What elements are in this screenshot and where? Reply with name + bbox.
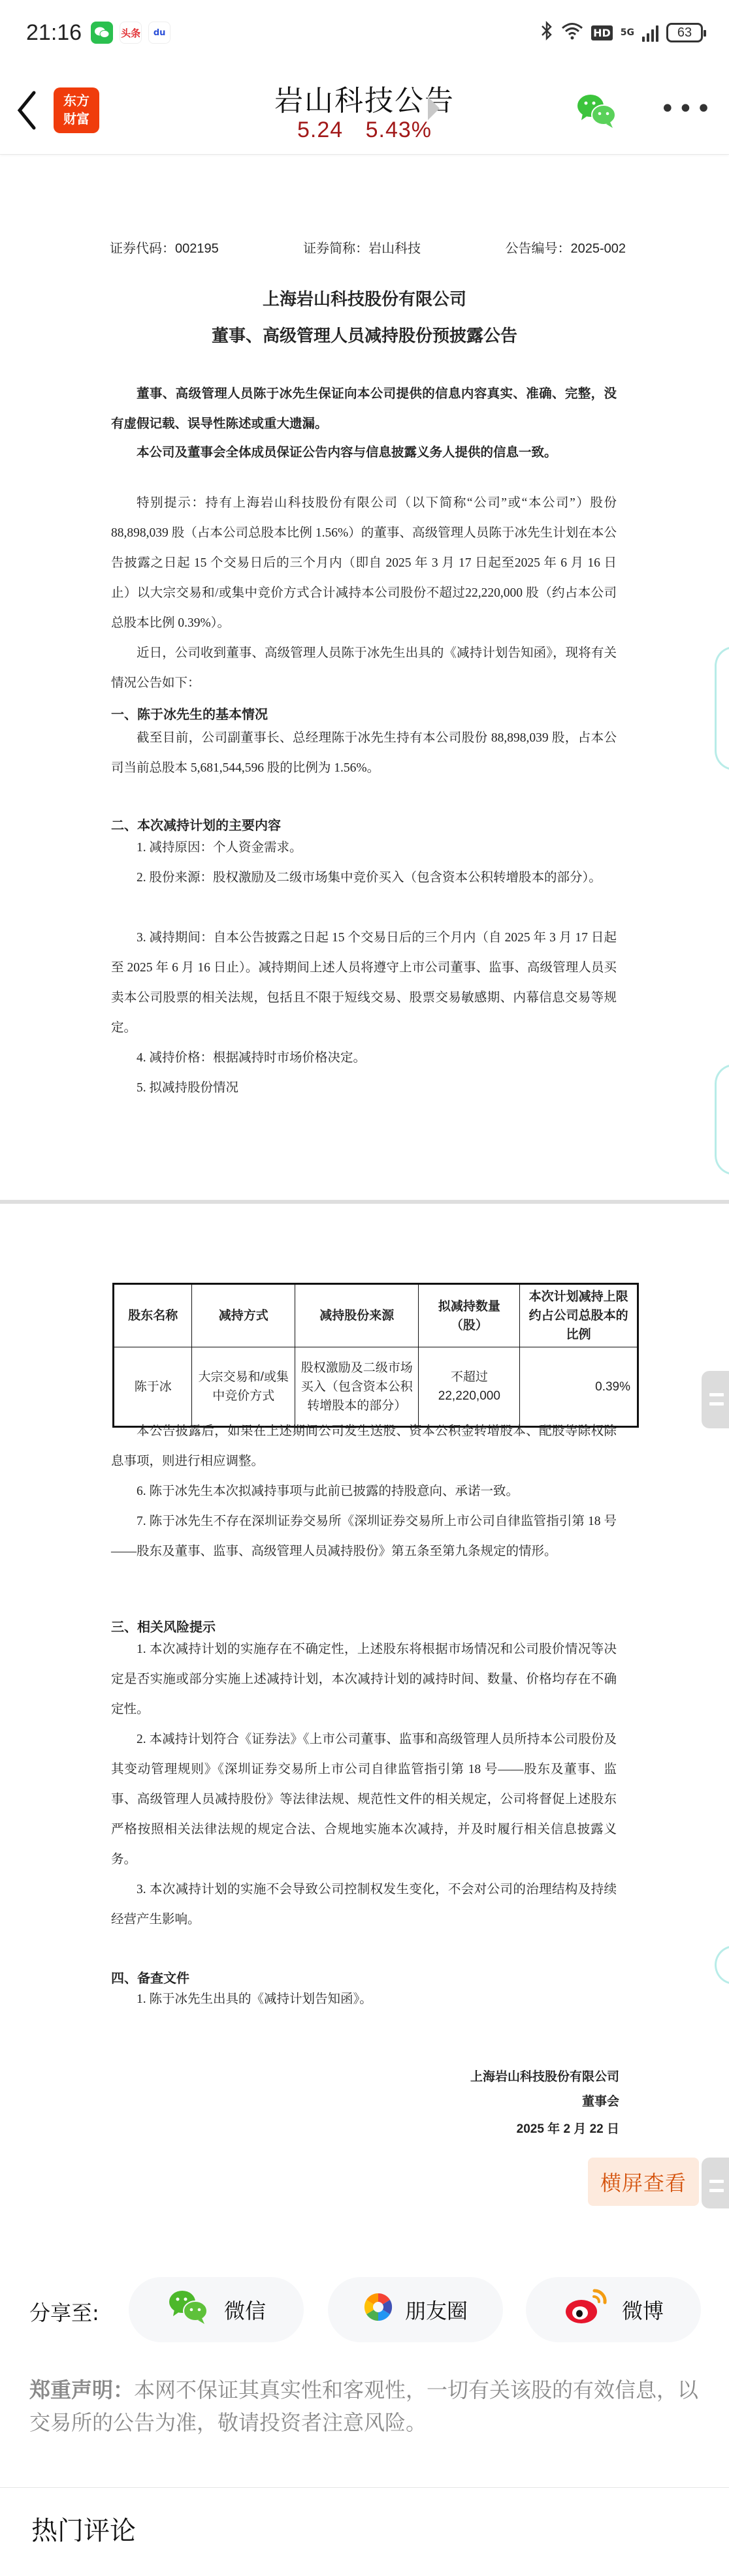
section-4-item-1: 1. 陈于冰先生出具的《减持计划告知函》。 bbox=[111, 1985, 617, 2015]
floating-side-handle[interactable] bbox=[715, 646, 729, 770]
col-ratio: 本次计划减持上限约占公司总股本的比例 bbox=[520, 1284, 638, 1347]
signature-company: 上海岩山科技股份有限公司 bbox=[470, 2067, 619, 2084]
hot-comments-heading: 热门评论 bbox=[31, 2510, 136, 2547]
network-type: 5G bbox=[621, 28, 634, 37]
nav-bar: 东方 财富 岩山科技公告 5.24 5.43% ••• bbox=[0, 65, 729, 155]
section-2-item-5: 5. 拟减持股份情况 bbox=[111, 1073, 617, 1103]
status-bar: 21:16 头条 du HD 5G 63 bbox=[0, 0, 729, 65]
divider bbox=[0, 2487, 729, 2488]
section-3-item-2: 2. 本减持计划符合《证券法》《上市公司董事、监事和高级管理人员所持本公司股份及… bbox=[111, 1725, 617, 1875]
company-name: 上海岩山科技股份有限公司 bbox=[0, 286, 729, 310]
stock-price: 5.24 bbox=[297, 118, 343, 142]
weibo-icon bbox=[563, 2287, 610, 2333]
section-2-item-6: 6. 陈于冰先生本次拟减持事项与此前已披露的持股意向、承诺一致。 bbox=[111, 1477, 617, 1507]
signature-board: 董事会 bbox=[582, 2092, 619, 2109]
share-wechat-label: 微信 bbox=[224, 2295, 266, 2325]
special-notice: 特别提示：持有上海岩山科技股份有限公司（以下简称“公司”或“本公司”）股份88,… bbox=[111, 488, 617, 638]
reduction-plan-table: 股东名称 减持方式 减持股份来源 拟减持数量（股） 本次计划减持上限约占公司总股… bbox=[112, 1283, 639, 1428]
bluetooth-icon bbox=[540, 20, 553, 46]
share-weibo-label: 微博 bbox=[622, 2295, 664, 2325]
col-source: 减持股份来源 bbox=[295, 1284, 419, 1347]
section-2-item-1: 1. 减持原因：个人资金需求。 bbox=[111, 833, 617, 863]
signature-date: 2025 年 2 月 22 日 bbox=[517, 2119, 619, 2137]
section-3-heading: 三、相关风险提示 bbox=[111, 1616, 216, 1635]
section-2-item-3: 3. 减持期间：自本公告披露之日起 15 个交易日后的三个月内（自 2025 年… bbox=[111, 923, 617, 1043]
floating-side-handle[interactable] bbox=[715, 1064, 729, 1175]
guarantee-statement-1: 董事、高级管理人员陈于冰先生保证向本公司提供的信息内容真实、准确、完整，没有虚假… bbox=[111, 379, 617, 439]
baidu-notification-icon: du bbox=[148, 22, 170, 44]
side-drawer-tab[interactable] bbox=[702, 2158, 729, 2208]
share-wechat-button[interactable]: 微信 bbox=[129, 2277, 304, 2342]
table-row: 陈于冰 大宗交易和/或集中竞价方式 股权激励及二级市场买入（包含资本公积转增股本… bbox=[114, 1347, 638, 1427]
announcement-page-2: 股东名称 减持方式 减持股份来源 拟减持数量（股） 本次计划减持上限约占公司总股… bbox=[0, 1204, 729, 2092]
cell-method: 大宗交易和/或集中竞价方式 bbox=[192, 1347, 295, 1427]
stock-code: 证券代码：002195 bbox=[110, 238, 219, 257]
share-label: 分享至: bbox=[29, 2297, 99, 2327]
intro-paragraph: 近日，公司收到董事、高级管理人员陈于冰先生出具的《减持计划告知函》，现将有关情况… bbox=[111, 638, 617, 699]
cell-ratio: 0.39% bbox=[520, 1347, 638, 1427]
section-2-item-4: 4. 减持价格：根据减持时市场价格决定。 bbox=[111, 1043, 617, 1073]
wifi-icon bbox=[561, 22, 583, 44]
stock-short-name: 证券简称：岩山科技 bbox=[303, 238, 421, 257]
col-quantity: 拟减持数量（股） bbox=[419, 1284, 520, 1347]
side-drawer-tab[interactable] bbox=[702, 1371, 729, 1428]
col-shareholder: 股东名称 bbox=[114, 1284, 192, 1347]
title-arrow-icon[interactable] bbox=[428, 97, 440, 120]
table-header-row: 股东名称 减持方式 减持股份来源 拟减持数量（股） 本次计划减持上限约占公司总股… bbox=[114, 1284, 638, 1347]
section-2-item-2: 2. 股份来源：股权激励及二级市场集中竞价买入（包含资本公积转增股本的部分）。 bbox=[111, 863, 617, 893]
signal-icon bbox=[642, 24, 658, 42]
section-1-text: 截至目前，公司副董事长、总经理陈于冰先生持有本公司股份 88,898,039 股… bbox=[111, 723, 617, 783]
wechat-notification-icon bbox=[91, 22, 113, 44]
section-4-heading: 四、备查文件 bbox=[111, 1968, 189, 1987]
cell-source: 股权激励及二级市场买入（包含资本公积转增股本的部分） bbox=[295, 1347, 419, 1427]
wechat-share-icon[interactable] bbox=[575, 91, 621, 131]
toutiao-notification-icon: 头条 bbox=[120, 22, 142, 44]
section-3-item-1: 1. 本次减持计划的实施存在不确定性，上述股东将根据市场情况和公司股价情况等决定… bbox=[111, 1635, 617, 1725]
section-1-heading: 一、陈于冰先生的基本情况 bbox=[111, 704, 268, 723]
battery-icon: 63 bbox=[666, 23, 703, 42]
after-table-note: 本公告披露后，如果在上述期间公司发生送股、资本公积金转增股本、配股等除权除息事项… bbox=[111, 1417, 617, 1477]
wechat-icon bbox=[167, 2287, 212, 2332]
announcement-page-1: 证券代码：002195 证券简称：岩山科技 公告编号：2025-002 上海岩山… bbox=[0, 155, 729, 1296]
share-row: 分享至: 微信 朋友圈 bbox=[0, 2277, 729, 2342]
col-method: 减持方式 bbox=[192, 1284, 295, 1347]
clock: 21:16 bbox=[26, 20, 82, 46]
share-moments-button[interactable]: 朋友圈 bbox=[328, 2277, 503, 2342]
share-moments-label: 朋友圈 bbox=[405, 2295, 468, 2325]
more-menu-button[interactable]: ••• bbox=[660, 99, 714, 119]
disclaimer: 郑重声明：本网不保证其真实性和客观性，一切有关该股的有效信息，以交易所的公告为准… bbox=[29, 2374, 699, 2439]
cell-shareholder: 陈于冰 bbox=[114, 1347, 192, 1427]
notice-meta: 证券代码：002195 证券简称：岩山科技 公告编号：2025-002 bbox=[110, 238, 626, 257]
announcement-title: 董事、高级管理人员减持股份预披露公告 bbox=[0, 322, 729, 347]
section-2-item-7: 7. 陈于冰先生不存在深圳证券交易所《深圳证券交易所上市公司自律监管指引第 18… bbox=[111, 1507, 617, 1567]
stock-change: 5.43% bbox=[366, 118, 432, 142]
landscape-view-button[interactable]: 横屏查看 bbox=[588, 2158, 699, 2206]
disclaimer-title: 郑重声明： bbox=[29, 2378, 134, 2402]
guarantee-statement-2: 本公司及董事会全体成员保证公告内容与信息披露义务人提供的信息一致。 bbox=[111, 437, 617, 467]
cell-quantity: 不超过 22,220,000 bbox=[419, 1347, 520, 1427]
section-2-heading: 二、本次减持计划的主要内容 bbox=[111, 815, 281, 834]
hd-icon: HD bbox=[591, 25, 613, 40]
section-3-item-3: 3. 本次减持计划的实施不会导致公司控制权发生变化，不会对公司的治理结构及持续经… bbox=[111, 1875, 617, 1935]
notice-number: 公告编号：2025-002 bbox=[505, 238, 626, 257]
share-weibo-button[interactable]: 微博 bbox=[526, 2277, 701, 2342]
moments-icon bbox=[363, 2292, 393, 2327]
